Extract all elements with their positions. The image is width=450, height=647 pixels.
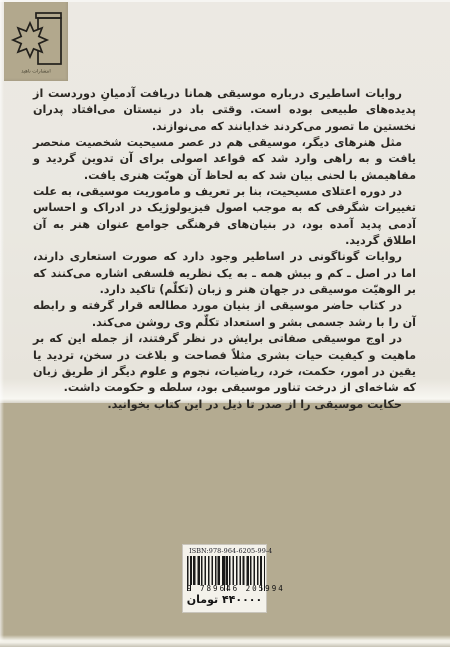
isbn-label: ISBN:978-964-6205-99-4 [189,547,260,554]
publisher-logo-patch: انتشارات ناهید [4,2,68,81]
paragraph: در کتاب حاضر موسیقی از بنیان مورد مطالعه… [33,298,416,331]
paragraph: حکایت موسیقی را از صدر تا ذیل در این کتا… [33,397,416,413]
paragraph: در اوج موسیقی صفاتی برایش در نظر گرفتند،… [33,331,416,396]
barcode: 9 789646 205994 [187,556,262,592]
paragraph: مثل هنرهای دیگر، موسیقی هم در عصر مسیحیت… [33,135,416,184]
photo-edge-top [0,0,450,2]
paragraph: روایات اساطیری درباره موسیقی همانا دریاف… [33,86,416,135]
star-shape [13,23,47,57]
photo-edge-left [0,0,4,647]
publisher-name: انتشارات ناهید [10,69,62,75]
isbn-price-sticker: ISBN:978-964-6205-99-4 9 789646 205994 ۴… [182,544,267,613]
back-cover-text: روایات اساطیری درباره موسیقی همانا دریاف… [33,86,416,413]
book-back-cover-photo: انتشارات ناهید روایات اساطیری درباره موس… [0,0,450,647]
cover-panel: انتشارات ناهید روایات اساطیری درباره موس… [0,0,450,403]
photo-edge-bottom [0,635,450,647]
barcode-digits: 9 789646 205994 [187,584,262,593]
paragraph: در دوره اعتلای مسیحیت، بنا بر تعریف و ما… [33,184,416,249]
publisher-logo [6,6,66,66]
price-label: ۴۴۰۰۰۰ تومان [186,593,263,606]
paragraph: روایات گوناگونی در اساطیر وجود دارد که ص… [33,249,416,298]
